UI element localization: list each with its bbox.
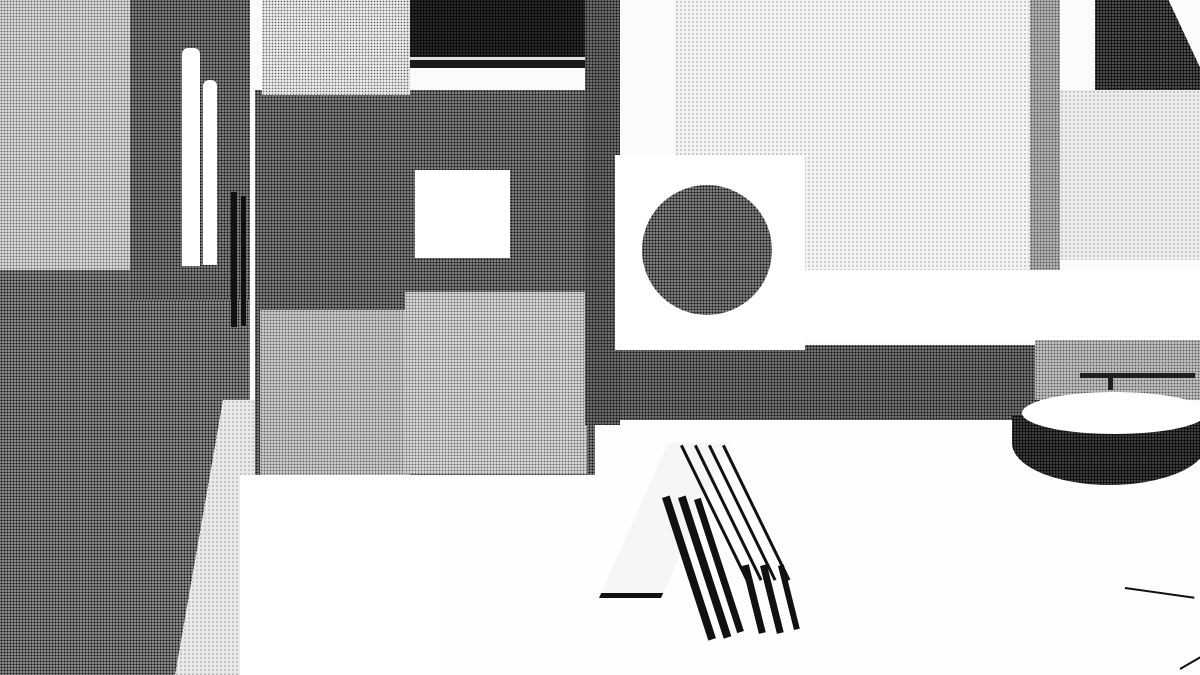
circle-motif: [642, 185, 772, 315]
triangular-banner: [1095, 0, 1200, 90]
low-wall-band-right: [1035, 340, 1200, 400]
arched-opening: [182, 48, 200, 266]
top-panel: [262, 0, 410, 95]
shelf-ledge: [410, 60, 588, 68]
light-panel: [405, 292, 587, 474]
vertical-rod: [241, 196, 246, 326]
pilaster: [1030, 0, 1060, 270]
floor: [240, 475, 440, 675]
far-wall: [1060, 90, 1200, 260]
vertical-rod: [231, 192, 237, 327]
arched-opening: [203, 80, 217, 265]
round-platform-top: [1022, 392, 1200, 434]
white-square: [415, 170, 510, 258]
far-table-leg: [1108, 376, 1113, 390]
low-wall-band: [620, 345, 1040, 420]
photo-scene: [0, 0, 1200, 675]
left-wall-upper: [0, 0, 135, 275]
shelf-artwork: [410, 0, 585, 62]
far-table: [1080, 373, 1195, 378]
